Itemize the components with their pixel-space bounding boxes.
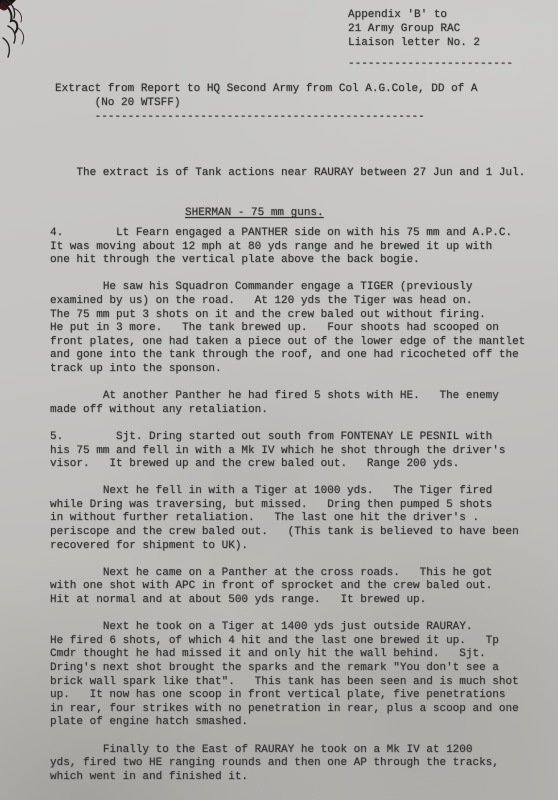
appendix-header: Appendix 'B' to 21 Army Group RAC Liaiso…	[348, 8, 513, 71]
appendix-header-line-2: 21 Army Group RAC	[348, 22, 513, 36]
appendix-header-line-1: Appendix 'B' to	[348, 8, 513, 22]
scanned-document-page: Appendix 'B' to 21 Army Group RAC Liaiso…	[0, 0, 558, 800]
report-title: Extract from Report to HQ Second Army fr…	[55, 82, 477, 124]
corner-ink-stain	[0, 0, 46, 72]
appendix-header-underline: -------------------------	[348, 57, 513, 71]
intro-line: The extract is of Tank actions near RAUR…	[50, 166, 525, 180]
appendix-header-line-3: Liaison letter No. 2	[348, 36, 513, 50]
report-body-text: 4. Lt Fearn engaged a PANTHER side on wi…	[50, 227, 552, 784]
section-heading: SHERMAN - 75 mm guns.	[185, 206, 324, 220]
